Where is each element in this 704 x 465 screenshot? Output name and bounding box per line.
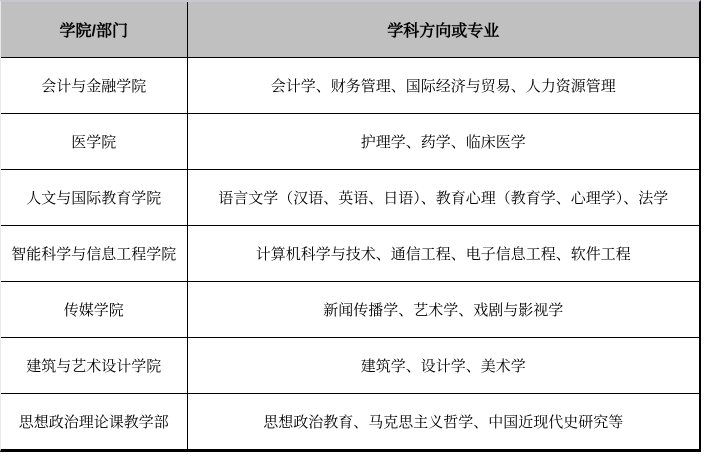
department-cell: 建筑与艺术设计学院 <box>1 338 187 394</box>
header-row: 学院/部门 学科方向或专业 <box>1 2 699 58</box>
college-majors-table: 学院/部门 学科方向或专业 会计与金融学院 会计学、财务管理、国际经济与贸易、人… <box>1 2 699 449</box>
majors-cell: 建筑学、设计学、美术学 <box>187 338 699 394</box>
majors-cell: 思想政治教育、马克思主义哲学、中国近现代史研究等 <box>187 394 699 450</box>
table-row: 传媒学院 新闻传播学、艺术学、戏剧与影视学 <box>1 282 699 338</box>
table-row: 建筑与艺术设计学院 建筑学、设计学、美术学 <box>1 338 699 394</box>
table-row: 人文与国际教育学院 语言文学（汉语、英语、日语）、教育心理（教育学、心理学）、法… <box>1 170 699 226</box>
table-row: 智能科学与信息工程学院 计算机科学与技术、通信工程、电子信息工程、软件工程 <box>1 226 699 282</box>
college-majors-table-container: 学院/部门 学科方向或专业 会计与金融学院 会计学、财务管理、国际经济与贸易、人… <box>0 0 701 452</box>
department-cell: 传媒学院 <box>1 282 187 338</box>
department-cell: 人文与国际教育学院 <box>1 170 187 226</box>
department-cell: 智能科学与信息工程学院 <box>1 226 187 282</box>
table-row: 医学院 护理学、药学、临床医学 <box>1 114 699 170</box>
column-header-department: 学院/部门 <box>1 2 187 58</box>
column-header-majors: 学科方向或专业 <box>187 2 699 58</box>
table-row: 思想政治理论课教学部 思想政治教育、马克思主义哲学、中国近现代史研究等 <box>1 394 699 450</box>
table-row: 会计与金融学院 会计学、财务管理、国际经济与贸易、人力资源管理 <box>1 58 699 114</box>
department-cell: 思想政治理论课教学部 <box>1 394 187 450</box>
majors-cell: 会计学、财务管理、国际经济与贸易、人力资源管理 <box>187 58 699 114</box>
majors-cell: 护理学、药学、临床医学 <box>187 114 699 170</box>
majors-cell: 新闻传播学、艺术学、戏剧与影视学 <box>187 282 699 338</box>
majors-cell: 语言文学（汉语、英语、日语）、教育心理（教育学、心理学）、法学 <box>187 170 699 226</box>
majors-cell: 计算机科学与技术、通信工程、电子信息工程、软件工程 <box>187 226 699 282</box>
department-cell: 医学院 <box>1 114 187 170</box>
department-cell: 会计与金融学院 <box>1 58 187 114</box>
